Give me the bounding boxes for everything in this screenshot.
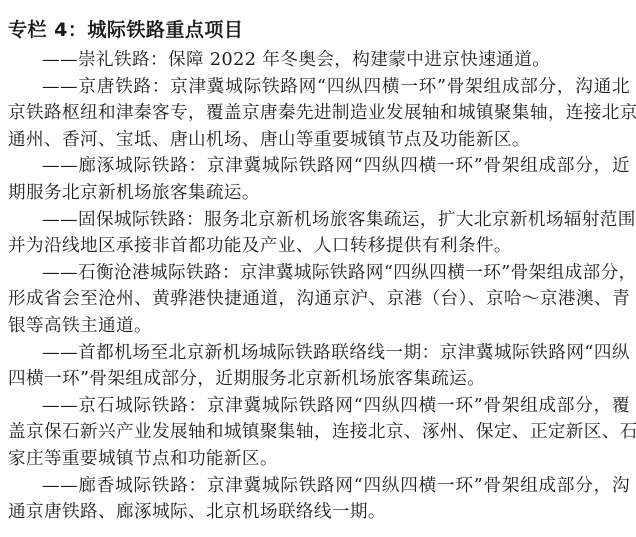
text-line: 家庄等重要城镇节点和功能新区。 [8,446,630,472]
text-line: ——廊涿城际铁路：京津冀城际铁路网“四纵四横一环”骨架组成部分，近 [42,153,630,179]
text-line: ——固保城际铁路：服务北京新机场旅客集疏运，扩大北京新机场辐射范围， [42,207,630,233]
text-line: ——廊香城际铁路：京津冀城际铁路网“四纵四横一环”骨架组成部分，沟 [42,473,630,499]
text-line: 银等高铁主通道。 [8,313,630,339]
text-line: 通京唐铁路、廊涿城际、北京机场联络线一期。 [8,499,630,525]
text-line: ——京唐铁路：京津冀城际铁路网“四纵四横一环”骨架组成部分，沟通北 [42,74,630,100]
text-line: ——首都机场至北京新机场城际铁路联络线一期：京津冀城际铁路网“四纵 [42,340,630,366]
text-line: ——崇礼铁路：保障 2022 年冬奥会，构建蒙中进京快速通道。 [42,47,630,73]
text-line: ——京石城际铁路：京津冀城际铁路网“四纵四横一环”骨架组成部分，覆 [42,393,630,419]
text-line: 期服务北京新机场旅客集疏运。 [8,180,630,206]
document-page: 专栏 4：城际铁路重点项目 ——崇礼铁路：保障 2022 年冬奥会，构建蒙中进京… [0,0,636,537]
section-title: 专栏 4：城际铁路重点项目 [8,15,243,42]
text-line: 四横一环”骨架组成部分，近期服务北京新机场旅客集疏运。 [8,366,630,392]
text-line: 京铁路枢纽和津秦客专，覆盖京唐秦先进制造业发展轴和城镇聚集轴，连接北京 [8,100,630,126]
text-line: 形成省会至沧州、黄骅港快捷通道，沟通京沪、京港（台）、京哈～京港澳、青 [8,286,630,312]
text-line: 盖京保石新兴产业发展轴和城镇聚集轴，连接北京、涿州、保定、正定新区、石 [8,419,630,445]
text-line: 并为沿线地区承接非首都功能及产业、人口转移提供有利条件。 [8,233,630,259]
text-line: ——石衡沧港城际铁路：京津冀城际铁路网“四纵四横一环”骨架组成部分， [42,260,630,286]
text-line: 通州、香河、宝坻、唐山机场、唐山等重要城镇节点及功能新区。 [8,127,630,153]
